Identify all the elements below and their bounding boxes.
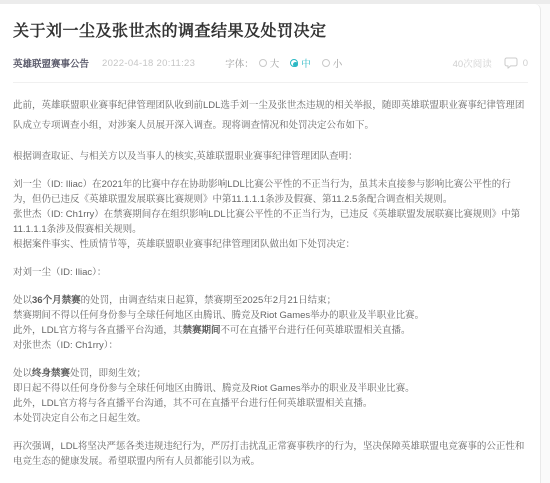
paragraph: 刘一尘（ID: Iliac）在2021年的比赛中存在协助影响LDL比赛公平性的不… (13, 177, 528, 252)
comment-count: 0 (523, 58, 528, 69)
text-line: 此前，英雄联盟职业赛事纪律管理团队收到前LDL选手刘一尘及张世杰违规的相关举报，… (13, 96, 528, 136)
text-line: 再次强调，LDL将坚决严惩各类违规违纪行为，严厉打击扰乱正常赛事秩序的行为，坚决… (13, 439, 528, 469)
text-line: 此外，LDL官方将与各直播平台沟通，其不可在直播平台进行任何英雄联盟相关直播。 (13, 396, 528, 411)
paragraph: 再次强调，LDL将坚决严惩各类违规违纪行为，严厉打击扰乱正常赛事秩序的行为，坚决… (13, 439, 528, 469)
text-line: 此外，LDL官方将与各直播平台沟通，其禁赛期间不可在直播平台进行任何英雄联盟相关… (13, 323, 528, 338)
announcement-card: 关于刘一尘及张世杰的调查结果及处罚决定 英雄联盟赛事公告 2022-04-18 … (0, 4, 541, 483)
paragraph: 此前，英雄联盟职业赛事纪律管理团队收到前LDL选手刘一尘及张世杰违规的相关举报，… (13, 96, 528, 136)
font-size-label: 字体： (225, 56, 254, 70)
text-line: 处以终身禁赛处罚，即刻生效； (13, 366, 528, 381)
text-line: 对张世杰（ID: Ch1rry）： (13, 338, 528, 353)
radio-label: 大 (270, 56, 280, 70)
paragraph: 处以终身禁赛处罚，即刻生效；即日起不得以任何身份参与全球任何地区由腾讯、腾竞及R… (13, 366, 528, 426)
article-body: 此前，英雄联盟职业赛事纪律管理团队收到前LDL选手刘一尘及张世杰违规的相关举报，… (13, 96, 528, 469)
publish-datetime: 2022-04-18 20:11:23 (102, 58, 195, 69)
text-line: 张世杰（ID: Ch1rry）在禁赛期间存在组织影响LDL比赛公平性的不正当行为… (13, 207, 528, 237)
header-divider (13, 82, 528, 83)
speech-bubble-icon (504, 57, 518, 69)
text-line: 根据案件事实、性质情节等，英雄联盟职业赛事纪律管理团队做出如下处罚决定： (13, 237, 528, 252)
text-line: 根据调查取证、与相关方以及当事人的核实,英雄联盟职业赛事纪律管理团队查明： (13, 149, 528, 164)
text-line: 刘一尘（ID: Iliac）在2021年的比赛中存在协助影响LDL比赛公平性的不… (13, 177, 528, 207)
paragraph: 处以36个月禁赛的处罚，由调查结束日起算，禁赛期至2025年2月21日结束；禁赛… (13, 293, 528, 353)
page-title: 关于刘一尘及张世杰的调查结果及处罚决定 (13, 21, 528, 43)
radio-icon (290, 59, 298, 67)
article-meta-row: 英雄联盟赛事公告 2022-04-18 20:11:23 字体： 大中小 40次… (13, 56, 528, 70)
view-count: 40次阅读 (453, 56, 492, 70)
radio-icon (259, 59, 267, 67)
text-line: 即日起不得以任何身份参与全球任何地区由腾讯、腾竞及Riot Games举办的职业… (13, 381, 528, 396)
text-line: 禁赛期间不得以任何身份参与全球任何地区由腾讯、腾竞及Riot Games举办的职… (13, 308, 528, 323)
comment-button[interactable]: 0 (504, 57, 528, 69)
font-size-radio-小[interactable]: 小 (322, 56, 343, 70)
text-line: 对刘一尘（ID: Iliac）： (13, 265, 528, 280)
paragraph: 对刘一尘（ID: Iliac）： (13, 265, 528, 280)
font-size-radio-中[interactable]: 中 (290, 56, 311, 70)
paragraph: 根据调查取证、与相关方以及当事人的核实,英雄联盟职业赛事纪律管理团队查明： (13, 149, 528, 164)
category-link[interactable]: 英雄联盟赛事公告 (13, 56, 89, 70)
radio-label: 中 (301, 56, 311, 70)
font-size-options: 大中小 (259, 56, 354, 70)
radio-label: 小 (333, 56, 343, 70)
font-size-radio-大[interactable]: 大 (259, 56, 280, 70)
text-line: 处以36个月禁赛的处罚，由调查结束日起算，禁赛期至2025年2月21日结束； (13, 293, 528, 308)
text-line: 本处罚决定自公布之日起生效。 (13, 411, 528, 426)
radio-icon (322, 59, 330, 67)
